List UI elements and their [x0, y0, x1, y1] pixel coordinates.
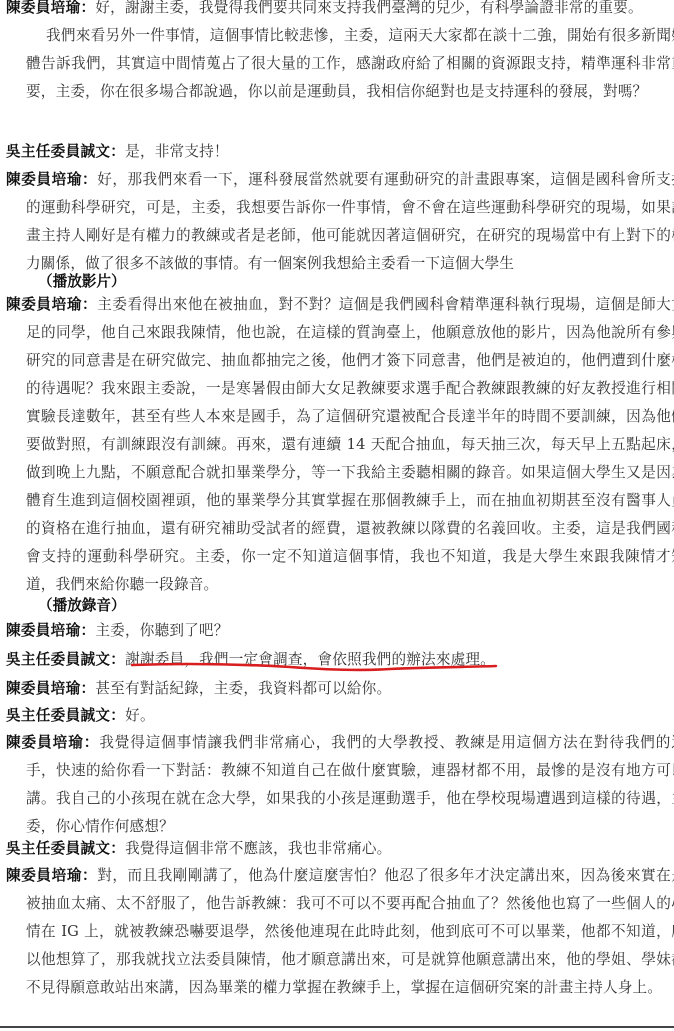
transcript-entry: 陳委員培瑜：我覺得這個事情讓我們非常痛心，我們的大學教授、教練是用這個方法在對待…: [6, 729, 674, 841]
transcript-entry: 吳主任委員誠文：是，非常支持！: [6, 138, 674, 166]
transcript-entry: 陳委員培瑜：好，那我們來看一下，運科發展當然就要有運動研究的計畫跟專案，這個是國…: [6, 166, 674, 278]
speech-text: 主委，你聽到了吧？: [95, 622, 228, 639]
transcript-entry: 我們來看另外一件事情，這個事情比較悲慘，主委，這兩天大家都在談十二強，開始有很多…: [6, 22, 674, 106]
transcript-entry: 吳主任委員誠文：我覺得這個非常不應該，我也非常痛心。: [6, 835, 674, 863]
speaker-name: 陳委員培瑜：: [6, 867, 97, 884]
stage-direction: （播放錄音）: [38, 596, 126, 616]
speech-text: 我們來看另外一件事情，這個事情比較悲慘，主委，這兩天大家都在談十二強，開始有很多…: [26, 27, 674, 100]
transcript-entry: 陳委員培瑜：好，謝謝主委，我覺得我們要共同來支持我們臺灣的兒少，有科學論證非常的…: [6, 0, 674, 22]
speech-text: 對，而且我剛剛講了，他為什麼這麼害怕？他忍了很多年才決定講出來，因為後來實在是被…: [26, 867, 674, 996]
stage-direction: （播放影片）: [38, 272, 126, 292]
speaker-name: 吳主任委員誠文：: [6, 651, 125, 668]
speech-text: 是，非常支持！: [125, 143, 229, 160]
transcript-entry: 吳主任委員誠文：好。: [6, 702, 674, 730]
speech-text-highlighted: 謝謝委員，我們一定會調查，會依照我們的辦法來處理。: [125, 651, 495, 668]
transcript-entry: 陳委員培瑜：對，而且我剛剛講了，他為什麼這麼害怕？他忍了很多年才決定講出來，因為…: [6, 862, 674, 1002]
speaker-name: 陳委員培瑜：: [6, 680, 95, 697]
transcript-entry: 陳委員培瑜：甚至有對話紀錄，主委，我資料都可以給你。: [6, 675, 674, 703]
transcript-entry: 陳委員培瑜：主委看得出來他在被抽血，對不對？這個是我們國科會精準運科執行現場，這…: [6, 291, 674, 599]
speaker-name: 陳委員培瑜：: [6, 622, 95, 639]
speaker-name: 陳委員培瑜：: [6, 0, 95, 16]
speech-text: 好。: [125, 707, 155, 724]
speaker-name: 陳委員培瑜：: [6, 734, 99, 751]
speaker-name: 吳主任委員誠文：: [6, 840, 125, 857]
transcript-entry: 吳主任委員誠文：謝謝委員，我們一定會調查，會依照我們的辦法來處理。: [6, 646, 674, 674]
speaker-name: 陳委員培瑜：: [6, 296, 97, 313]
speech-text: 好，那我們來看一下，運科發展當然就要有運動研究的計畫跟專案，這個是國科會所支持的…: [26, 171, 674, 272]
transcript-entry: 陳委員培瑜：主委，你聽到了吧？: [6, 617, 674, 645]
speech-text: 好，謝謝主委，我覺得我們要共同來支持我們臺灣的兒少，有科學論證非常的重要。: [95, 0, 642, 16]
transcript-page: 陳委員培瑜：好，謝謝主委，我覺得我們要共同來支持我們臺灣的兒少，有科學論證非常的…: [0, 0, 674, 1028]
speech-text: 主委看得出來他在被抽血，對不對？這個是我們國科會精準運科執行現場，這個是師大女足…: [26, 296, 674, 593]
speaker-name: 吳主任委員誠文：: [6, 143, 125, 160]
speech-text: 我覺得這個非常不應該，我也非常痛心。: [125, 840, 391, 857]
speech-text: 我覺得這個事情讓我們非常痛心，我們的大學教授、教練是用這個方法在對待我們的選手，…: [26, 734, 674, 835]
speech-text: 甚至有對話紀錄，主委，我資料都可以給你。: [95, 680, 391, 697]
speaker-name: 吳主任委員誠文：: [6, 707, 125, 724]
speaker-name: 陳委員培瑜：: [6, 171, 97, 188]
